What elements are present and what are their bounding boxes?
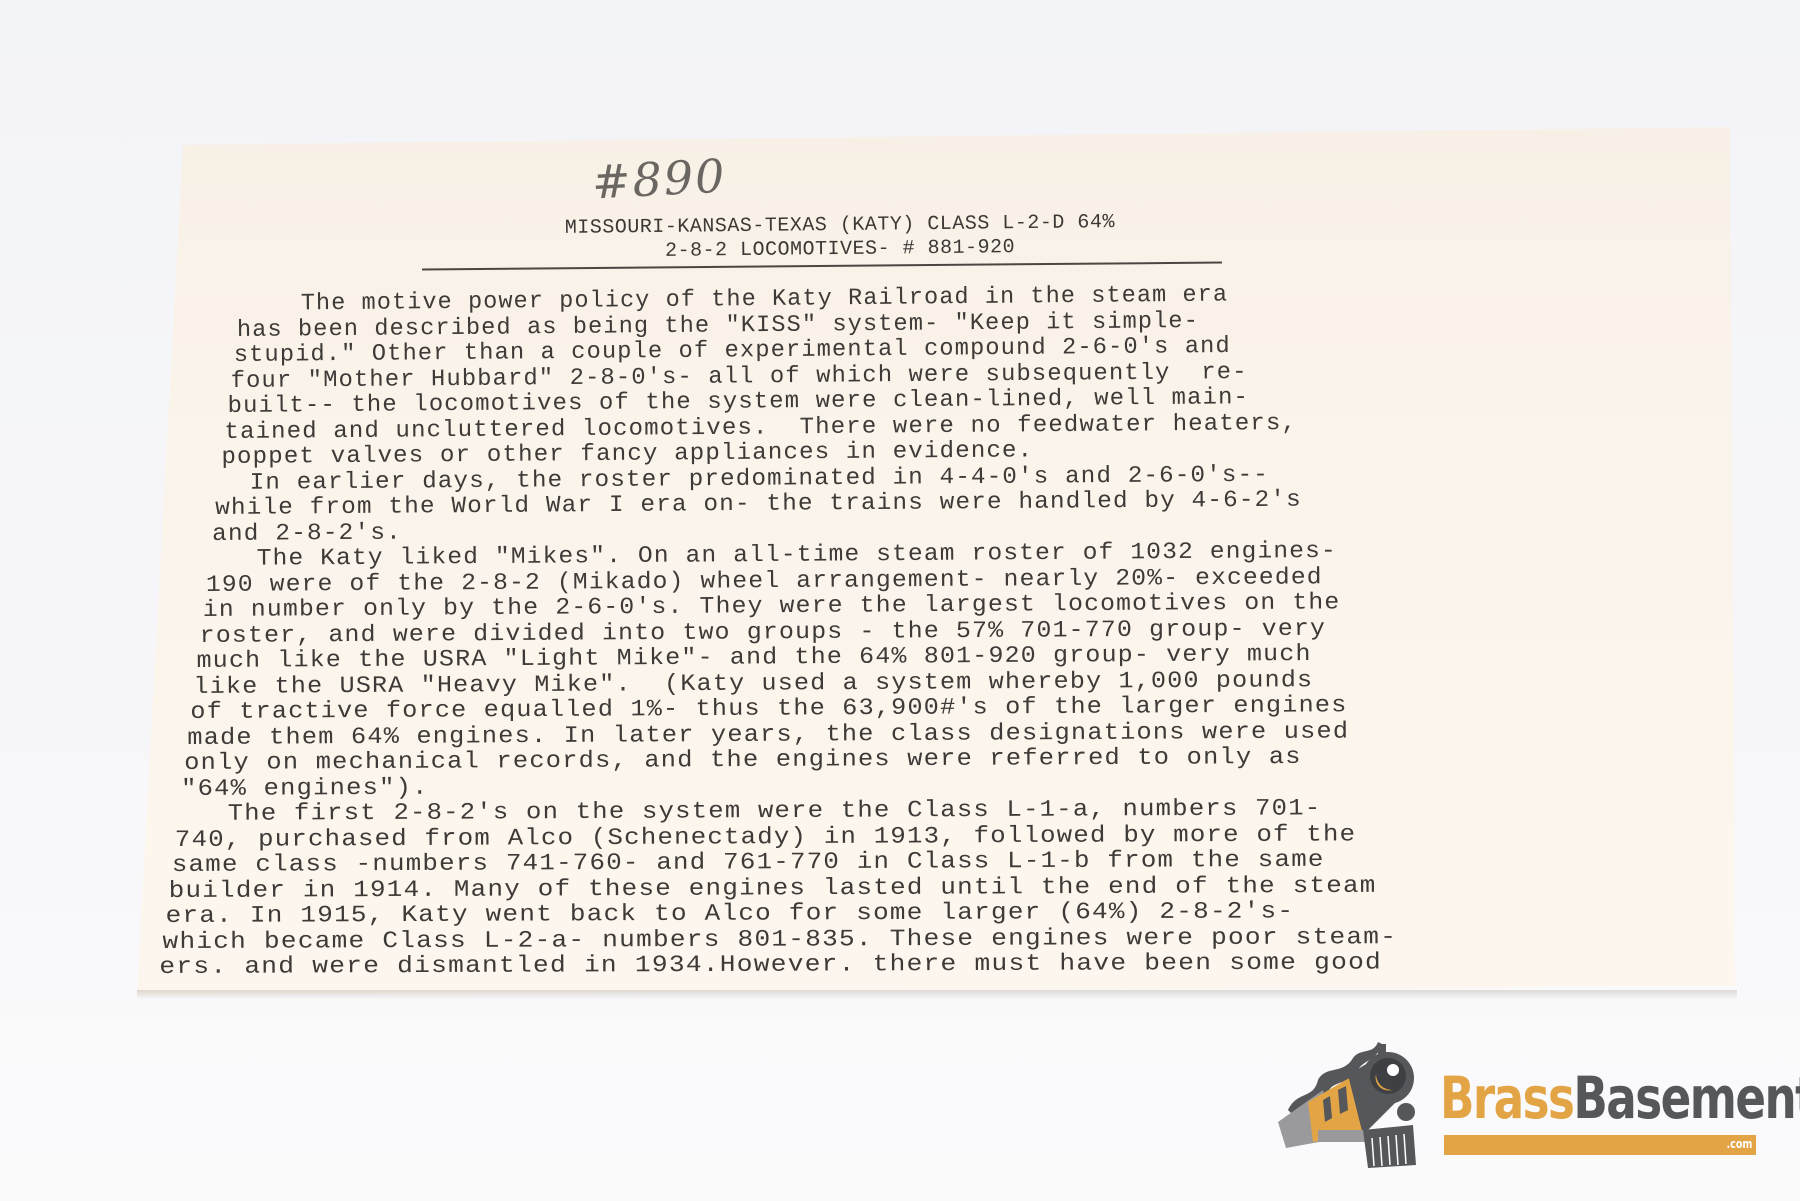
logo-basement-text: Basement bbox=[1573, 1064, 1800, 1132]
document-body-line: ers. and were dismantled in 1934.However… bbox=[159, 949, 1723, 980]
sheet-shadow bbox=[137, 990, 1737, 1000]
document-title: MISSOURI-KANSAS-TEXAS (KATY) CLASS L-2-D… bbox=[450, 210, 1230, 266]
logo-wordmark: BrassBasement bbox=[1440, 1068, 1800, 1128]
logo-underline-bar: .com bbox=[1444, 1135, 1756, 1155]
logo-domain-suffix: .com bbox=[1726, 1136, 1752, 1152]
handwritten-catalog-number: #890 bbox=[591, 149, 728, 210]
document-body: The motive power policy of the Katy Rail… bbox=[240, 292, 1640, 981]
steam-locomotive-icon bbox=[1268, 1030, 1428, 1170]
logo-brass-text: Brass bbox=[1440, 1064, 1573, 1132]
brassbasement-logo: BrassBasement .com bbox=[1268, 1030, 1788, 1170]
